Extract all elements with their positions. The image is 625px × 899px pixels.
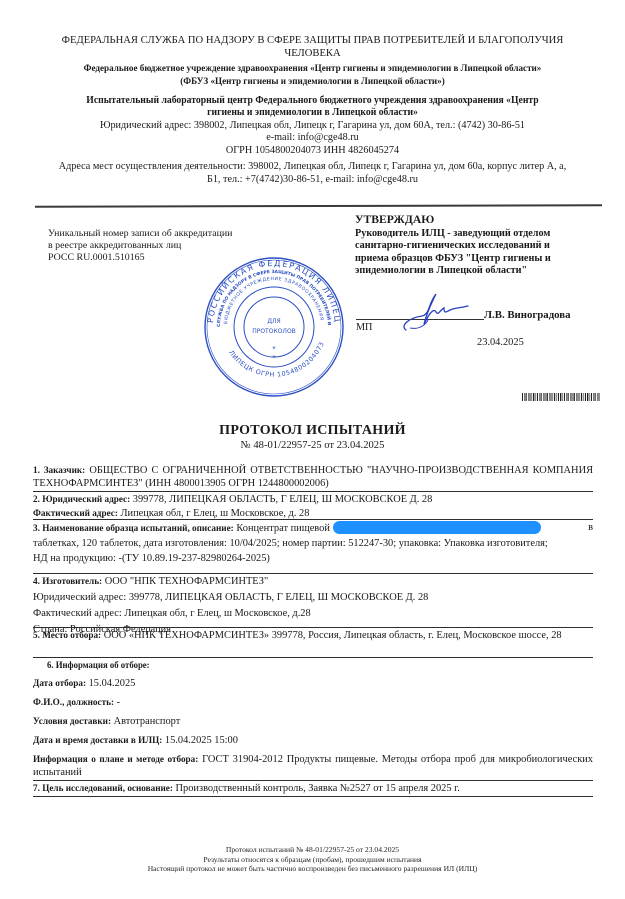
divider <box>33 627 593 628</box>
sampling-method-row: Информация о плане и методе отбора: ГОСТ… <box>33 753 593 779</box>
legal-address: Юридический адрес: 398002, Липецкая обл,… <box>0 120 625 132</box>
lab-name-line-1: Испытательный лабораторный центр Федерал… <box>16 95 610 107</box>
sample-nd: НД на продукцию: -(ТУ 10.89.19-237-82980… <box>33 552 593 565</box>
divider <box>33 780 593 781</box>
accreditation-line-2: в реестре аккредитованных лиц <box>48 240 232 252</box>
approval-date: 23.04.2025 <box>477 337 524 348</box>
approval-line-1: Руководитель ИЛЦ - заведующий отделом <box>355 228 605 241</box>
delivery-conditions-label: Условия доставки: <box>33 716 111 726</box>
sample-name: Концентрат пищевой <box>234 523 330 534</box>
section-sampling-info: 6. Информация об отборе: <box>33 659 593 672</box>
institution-line-1: Федеральное бюджетное учреждение здравоо… <box>22 63 603 76</box>
manufacturer-actual-address: Фактический адрес: Липецкая обл, г Елец,… <box>33 607 593 620</box>
delivery-datetime-value: 15.04.2025 15:00 <box>162 735 238 746</box>
sampling-date-label: Дата отбора: <box>33 678 86 688</box>
legal-address-label: 2. Юридический адрес: <box>33 494 130 504</box>
svg-text:ДЛЯ: ДЛЯ <box>267 318 280 325</box>
sample-label: 3. Наименование образца испытаний, описа… <box>33 523 234 533</box>
protocol-number: № 48-01/22957-25 от 23.04.2025 <box>0 440 625 451</box>
svg-text:ЛИПЕЦК ОГРН 1054800204073: ЛИПЕЦК ОГРН 1054800204073 <box>227 340 326 378</box>
activity-address: Адреса мест осуществления деятельности: … <box>0 161 625 186</box>
ogrn-inn: ОГРН 1054800204073 ИНН 4826045274 <box>0 145 625 157</box>
agency-line-1: ФЕДЕРАЛЬНАЯ СЛУЖБА ПО НАДЗОРУ В СФЕРЕ ЗА… <box>0 34 625 47</box>
redacted-field <box>333 521 541 534</box>
sampler-value: - <box>114 697 120 708</box>
lab-header: Испытательный лабораторный центр Федерал… <box>0 95 625 157</box>
section-sampling-place: 5. Место отбора: ООО «НПК ТЕХНОФАРМСИНТЕ… <box>33 629 593 642</box>
sampler-row: Ф.И.О., должность: - <box>33 696 593 709</box>
actual-address-value: Липецкая обл, г Елец, ш Московское, д. 2… <box>118 508 310 519</box>
section-purpose: 7. Цель исследований, основание: Произво… <box>33 782 593 795</box>
footer-line-2: Результаты относятся к образцам (пробам)… <box>0 855 625 865</box>
manufacturer-label: 4. Изготовитель: <box>33 576 102 586</box>
delivery-datetime-label: Дата и время доставки в ИЛЦ: <box>33 735 162 745</box>
activity-address-line-1: Адреса мест осуществления деятельности: … <box>0 161 625 174</box>
lab-email: e-mail: info@cge48.ru <box>0 132 625 144</box>
approval-line-3: приема образцов ФБУЗ "Центр гигиены и <box>355 253 605 266</box>
agency-header: ФЕДЕРАЛЬНАЯ СЛУЖБА ПО НАДЗОРУ В СФЕРЕ ЗА… <box>0 34 625 60</box>
sampling-info-label: 6. Информация об отборе: <box>47 659 579 672</box>
delivery-conditions-value: Автотранспорт <box>111 716 180 727</box>
legal-address-value: 399778, ЛИПЕЦКАЯ ОБЛАСТЬ, Г ЕЛЕЦ, Ш МОСК… <box>130 494 432 505</box>
customer-value: ОБЩЕСТВО С ОГРАНИЧЕННОЙ ОТВЕТСТВЕННОСТЬЮ… <box>33 465 593 489</box>
divider <box>33 657 593 658</box>
section-legal-address: 2. Юридический адрес: 399778, ЛИПЕЦКАЯ О… <box>33 493 593 506</box>
manufacturer-value: ООО "НПК ТЕХНОФАРМСИНТЕЗ" <box>102 576 268 587</box>
delivery-conditions-row: Условия доставки: Автотранспорт <box>33 715 593 728</box>
institution-line-2: (ФБУЗ «Центр гигиены и эпидемиологии в Л… <box>22 76 603 89</box>
barcode-icon <box>522 393 600 401</box>
sample-name-suffix: в <box>588 521 593 535</box>
agency-line-2: ЧЕЛОВЕКА <box>0 47 625 60</box>
seal-place-label: МП <box>356 322 372 333</box>
footer-line-3: Настоящий протокол не может быть частичн… <box>0 864 625 874</box>
sample-description: таблетках, 120 таблеток, дата изготовлен… <box>33 537 593 550</box>
manufacturer-legal-address: Юридический адрес: 399778, ЛИПЕЦКАЯ ОБЛА… <box>33 591 593 604</box>
purpose-value: Производственный контроль, Заявка №2527 … <box>173 783 460 794</box>
svg-text:*: * <box>272 354 276 362</box>
customer-label: 1. Заказчик: <box>33 465 85 475</box>
actual-address-label: Фактический адрес: <box>33 508 118 518</box>
svg-text:*: * <box>272 345 276 353</box>
section-customer: 1. Заказчик: ОБЩЕСТВО С ОГРАНИЧЕННОЙ ОТВ… <box>33 464 593 490</box>
page-footer: Протокол испытаний № 48-01/22957-25 от 2… <box>0 845 625 874</box>
divider <box>33 796 593 797</box>
approval-title: УТВЕРЖДАЮ <box>355 214 605 227</box>
signature-icon <box>400 290 470 334</box>
footer-line-1: Протокол испытаний № 48-01/22957-25 от 2… <box>0 845 625 855</box>
protocol-title: ПРОТОКОЛ ИСПЫТАНИЙ <box>0 423 625 439</box>
approval-block: УТВЕРЖДАЮ Руководитель ИЛЦ - заведующий … <box>355 214 605 278</box>
approval-line-2: санитарно-гигиенических исследований и <box>355 240 605 253</box>
divider <box>33 491 593 492</box>
sampling-place-label: 5. Место отбора: <box>33 630 101 640</box>
svg-text:ПРОТОКОЛОВ: ПРОТОКОЛОВ <box>252 328 296 335</box>
institution-header: Федеральное бюджетное учреждение здравоо… <box>22 63 603 88</box>
section-sample: 3. Наименование образца испытаний, описа… <box>33 521 593 565</box>
sampling-date-value: 15.04.2025 <box>86 678 135 689</box>
official-stamp-icon: РОССИЙСКАЯ ФЕДЕРАЦИЯ ЛИПЕЦКАЯ ОБЛАСТЬ СЛ… <box>199 255 349 398</box>
sampling-date-row: Дата отбора: 15.04.2025 <box>33 677 593 690</box>
sampler-label: Ф.И.О., должность: <box>33 697 114 707</box>
divider <box>33 573 593 574</box>
accreditation-line-1: Уникальный номер записи об аккредитации <box>48 228 232 240</box>
delivery-datetime-row: Дата и время доставки в ИЛЦ: 15.04.2025 … <box>33 734 593 747</box>
lab-name-line-2: гигиены и эпидемиологии в Липецкой облас… <box>16 107 610 119</box>
header-divider <box>35 204 602 207</box>
purpose-label: 7. Цель исследований, основание: <box>33 783 173 793</box>
activity-address-line-2: Б1, тел.: +7(4742)30-86-51, e-mail: info… <box>0 174 625 187</box>
divider <box>33 519 593 520</box>
sampling-place-value: ООО «НПК ТЕХНОФАРМСИНТЕЗ» 399778, Россия… <box>101 630 562 641</box>
approval-line-4: эпидемиологии в Липецкой области" <box>355 265 605 278</box>
signer-name: Л.В. Виноградова <box>484 309 571 321</box>
sampling-method-label: Информация о плане и методе отбора: <box>33 754 198 764</box>
